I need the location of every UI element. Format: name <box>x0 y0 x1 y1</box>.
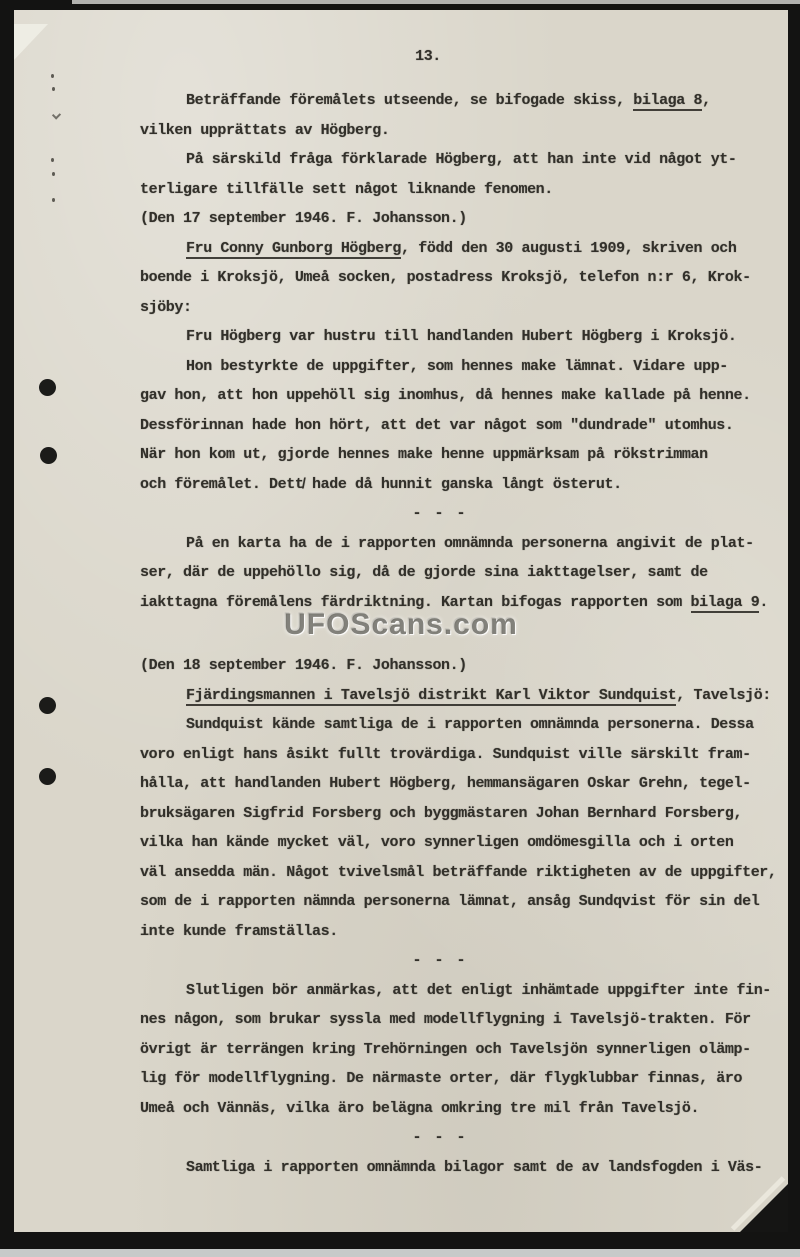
scan-speck <box>52 87 55 91</box>
text-segment: boende i Kroksjö, Umeå socken, postadres… <box>140 269 751 286</box>
document-line: hålla, att handlanden Hubert Högberg, he… <box>140 769 790 799</box>
document-line: Fjärdingsmannen i Tavelsjö distrikt Karl… <box>140 681 790 711</box>
hole-punch <box>39 768 56 785</box>
document-line: lig för modellflygning. De närmaste orte… <box>140 1064 790 1094</box>
hole-punch <box>40 447 57 464</box>
document-line: - - - <box>115 499 765 529</box>
text-segment: ser, där de uppehöllo sig, då de gjorde … <box>140 564 708 581</box>
document-line: Slutligen bör anmärkas, att det enligt i… <box>140 976 790 1006</box>
text-segment: - - - <box>412 505 467 522</box>
text-segment: lig för modellflygning. De närmaste orte… <box>140 1070 742 1087</box>
text-segment: Dessförinnan hade hon hört, att det var … <box>140 417 734 434</box>
text-segment: vilken upprättats av Högberg. <box>140 122 389 139</box>
document-page: 13. Beträffande föremålets utseende, se … <box>14 10 788 1232</box>
scan-speck <box>52 172 55 176</box>
text-segment: Sundquist kände samtliga de i rapporten … <box>186 716 754 733</box>
document-line: På en karta ha de i rapporten omnämnda p… <box>140 529 790 559</box>
text-segment: Fru Högberg var hustru till handlanden H… <box>186 328 737 345</box>
text-segment: inte kunde framställas. <box>140 923 338 940</box>
document-line: Hon bestyrkte de uppgifter, som hennes m… <box>140 352 790 382</box>
scan-speck <box>51 74 54 78</box>
document-line: gav hon, att hon uppehöll sig inomhus, d… <box>140 381 790 411</box>
document-line: terligare tillfälle sett något liknande … <box>140 175 790 205</box>
scanner-edge-top <box>72 0 800 4</box>
text-segment: (Den 18 september 1946. F. Johansson.) <box>140 657 467 674</box>
text-segment: - - - <box>412 952 467 969</box>
text-segment: väl ansedda män. Något tvivelsmål beträf… <box>140 864 777 881</box>
document-line: Fru Conny Gunborg Högberg, född den 30 a… <box>140 234 790 264</box>
document-line: nes någon, som brukar syssla med modellf… <box>140 1005 790 1035</box>
underlined-text: bilaga 8 <box>633 92 702 111</box>
text-segment: bruksägaren Sigfrid Forsberg och byggmäs… <box>140 805 742 822</box>
document-line: (Den 18 september 1946. F. Johansson.) <box>140 651 790 681</box>
document-line: På särskild fråga förklarade Högberg, at… <box>140 145 790 175</box>
text-segment: Samtliga i rapporten omnämnda bilagor sa… <box>186 1159 762 1176</box>
document-line: (Den 17 september 1946. F. Johansson.) <box>140 204 790 234</box>
document-line: Fru Högberg var hustru till handlanden H… <box>140 322 790 352</box>
document-line: Beträffande föremålets utseende, se bifo… <box>140 86 790 116</box>
document-line: vilken upprättats av Högberg. <box>140 116 790 146</box>
text-segment: - - - <box>412 1129 467 1146</box>
text-segment: Umeå och Vännäs, vilka äro belägna omkri… <box>140 1100 699 1117</box>
underlined-text: Fru Conny Gunborg Högberg <box>186 240 401 259</box>
document-line: som de i rapporten nämnda personerna läm… <box>140 887 790 917</box>
text-segment: vilka han kände mycket väl, voro synnerl… <box>140 834 734 851</box>
scan-speck <box>52 198 55 202</box>
document-line: Samtliga i rapporten omnämnda bilagor sa… <box>140 1153 790 1183</box>
text-segment: som de i rapporten nämnda personerna läm… <box>140 893 759 910</box>
text-segment: voro enligt hans åsikt fullt trovärdiga.… <box>140 746 751 763</box>
hole-punch <box>39 697 56 714</box>
document-line: väl ansedda män. Något tvivelsmål beträf… <box>140 858 790 888</box>
document-line: Umeå och Vännäs, vilka äro belägna omkri… <box>140 1094 790 1124</box>
hole-punch <box>39 379 56 396</box>
text-segment: sjöby: <box>140 299 192 316</box>
document-line: och föremålet. Dett̸ hade då hunnit gans… <box>140 470 790 500</box>
document-line: bruksägaren Sigfrid Forsberg och byggmäs… <box>140 799 790 829</box>
text-segment: Beträffande föremålets utseende, se bifo… <box>186 92 633 109</box>
scan-speck <box>52 110 61 119</box>
page-corner-fold <box>14 24 48 60</box>
text-segment: övrigt är terrängen kring Trehörningen o… <box>140 1041 751 1058</box>
document-line: Sundquist kände samtliga de i rapporten … <box>140 710 790 740</box>
document-line: voro enligt hans åsikt fullt trovärdiga.… <box>140 740 790 770</box>
underlined-text: Fjärdingsmannen i Tavelsjö distrikt Karl… <box>186 687 676 706</box>
text-segment: , Tavelsjö: <box>676 687 771 704</box>
document-line: Dessförinnan hade hon hört, att det var … <box>140 411 790 441</box>
text-segment: (Den 17 september 1946. F. Johansson.) <box>140 210 467 227</box>
document-line: När hon kom ut, gjorde hennes make henne… <box>140 440 790 470</box>
text-segment: Slutligen bör anmärkas, att det enligt i… <box>186 982 771 999</box>
text-segment: När hon kom ut, gjorde hennes make henne… <box>140 446 708 463</box>
page-corner-cut <box>740 1184 788 1232</box>
text-segment: och föremålet. Dett̸ hade då hunnit gans… <box>140 476 622 493</box>
document-line: övrigt är terrängen kring Trehörningen o… <box>140 1035 790 1065</box>
text-segment: På särskild fråga förklarade Högberg, at… <box>186 151 737 168</box>
document-line: sjöby: <box>140 293 790 323</box>
text-segment: Hon bestyrkte de uppgifter, som hennes m… <box>186 358 728 375</box>
text-segment: , <box>702 92 711 109</box>
text-segment: gav hon, att hon uppehöll sig inomhus, d… <box>140 387 751 404</box>
document-line: - - - <box>115 946 765 976</box>
text-segment: hålla, att handlanden Hubert Högberg, he… <box>140 775 751 792</box>
page-number: 13. <box>402 48 454 65</box>
text-segment: terligare tillfälle sett något liknande … <box>140 181 553 198</box>
scan-speck <box>51 158 54 162</box>
document-line: boende i Kroksjö, Umeå socken, postadres… <box>140 263 790 293</box>
text-segment: nes någon, som brukar syssla med modellf… <box>140 1011 751 1028</box>
document-line: ser, där de uppehöllo sig, då de gjorde … <box>140 558 790 588</box>
document-line: - - - <box>115 1123 765 1153</box>
document-line: vilka han kände mycket väl, voro synnerl… <box>140 828 790 858</box>
text-segment: På en karta ha de i rapporten omnämnda p… <box>186 535 754 552</box>
document-line: inte kunde framställas. <box>140 917 790 947</box>
watermark: UFOScans.com <box>14 608 788 642</box>
scanner-edge-bottom <box>0 1249 800 1257</box>
text-segment: , född den 30 augusti 1909, skriven och <box>401 240 736 257</box>
